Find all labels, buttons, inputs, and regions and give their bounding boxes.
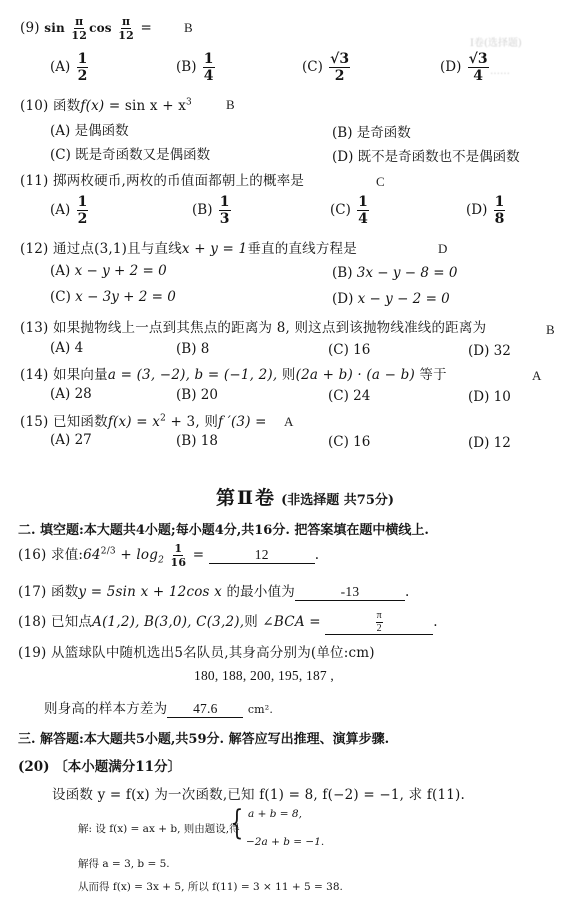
section2-heading: 二. 填空题:本大题共4小题;每小题4分,共16分. 把答案填在题中横线上. [18,519,429,538]
question-20-stem: 设函数 y = f(x) 为一次函数,已知 f(1) = 8, f(−2) = … [52,783,465,803]
part2-subtitle: (非选择题 共75分) [281,493,394,508]
option-b: (B) 18 [176,433,218,449]
option-b: (B) 8 [176,341,209,357]
option-c: (C) 24 [328,388,370,404]
option-a: (A) 4 [50,340,83,356]
solution-line-3: 从而得 f(x) = 3x + 5, 所以 f(11) = 3 × 11 + 5… [78,879,343,894]
marked-answer: A [284,414,293,430]
option-b: (B) 20 [176,387,218,403]
question-20-header: (20) 〔本小题满分11分〕 [18,755,181,775]
question-10: (10) 函数f(x) = sin x + x3 [20,94,192,114]
question-15: (15) 已知函数f(x) = x2 + 3, 则f ′(3) = [20,410,267,430]
option-c: (C) 16 [328,434,370,450]
question-number: (9) [20,20,40,36]
option-c: (C) x − 3y + 2 = 0 [50,289,176,305]
bleedthrough-text: …… [490,66,510,77]
option-d: (D) 18 [466,195,507,226]
marked-answer: D [438,241,447,257]
fraction: 14 [203,52,215,83]
option-d: (D) √34 [440,52,491,83]
part2-header: 第Ⅱ卷 (非选择题 共75分) [216,483,394,510]
question-18: (18) 已知点A(1,2), B(3,0), C(3,2),则 ∠BCA = … [18,610,438,635]
option-a: (A) 12 [50,195,90,226]
question-14: (14) 如果向量a = (3, −2), b = (−1, 2), 则(2a … [20,363,447,383]
equals-sign: = [140,20,152,36]
option-a: (A) 27 [50,432,92,448]
marked-answer: B [226,97,235,113]
fraction: √34 [468,52,489,83]
option-d: (D) 既不是奇函数也不是偶函数 [332,145,520,165]
section3-heading: 三. 解答题:本大题共5小题,共59分. 解答应写出推理、演算步骤. [18,728,389,747]
question-19-answer-line: 则身高的样本方差为47.6 cm². [44,697,273,718]
fraction: 12 [77,52,89,83]
option-d: (D) 12 [468,435,511,451]
option-c: (C) 既是奇函数又是偶函数 [50,143,210,163]
marked-answer: C [376,174,385,190]
option-a: (A) 12 [50,52,90,83]
question-11: (11) 掷两枚硬币,两枚的币值面都朝上的概率是 [20,169,304,189]
question-9: (9) sin π12cos π12 = [20,16,152,41]
sin-text: sin [44,21,65,35]
option-d: (D) 10 [468,389,511,405]
option-b: (B) 13 [192,195,233,226]
question-19: (19) 从篮球队中随机选出5名队员,其身高分别为(单位:cm) [18,641,375,661]
solution-line-2: 解得 a = 3, b = 5. [78,856,170,871]
option-a: (A) x − y + 2 = 0 [50,263,167,279]
fraction: π12 [71,16,87,41]
question-17: (17) 函数y = 5sin x + 12cos x 的最小值为-13. [18,580,409,601]
option-a: (A) 28 [50,386,92,402]
question-13: (13) 如果抛物线上一点到其焦点的距离为 8, 则这点到该抛物线准线的距离为 [20,316,486,336]
marked-answer: B [184,20,193,36]
option-b: (B) 是奇函数 [332,121,411,141]
question-12: (12) 通过点(3,1)且与直线x + y = 1垂直的直线方程是 [20,237,357,257]
option-c: (C) 16 [328,342,370,358]
option-b: (B) 3x − y − 8 = 0 [332,265,457,281]
fraction: π12 [118,16,134,41]
heights-data: 180, 188, 200, 195, 187 , [194,668,334,684]
exam-page: I卷(选择题) …… (9) sin π12cos π12 = B (A) 12… [0,0,570,912]
answer-blank: 47.6 [167,701,243,718]
option-b: (B) 14 [176,52,217,83]
option-c: (C) √32 [302,52,352,83]
fraction: √32 [329,52,350,83]
question-16: (16) 求值:642/3 + log2 116 = 12. [18,543,319,568]
marked-answer: B [546,322,555,338]
option-d: (D) 32 [468,343,511,359]
brace: { [226,806,248,840]
marked-answer: A [532,368,541,384]
solution-line-1: 解: 设 f(x) = ax + b, 则由题设,得 [78,821,240,836]
option-a: (A) 是偶函数 [50,119,129,139]
option-c: (C) 14 [330,195,371,226]
answer-blank: 12 [209,547,315,564]
system-eq-1: a + b = 8, [248,808,302,820]
answer-blank: π2 [325,611,433,635]
system-eq-2: −2a + b = −1. [246,836,324,848]
bleedthrough-text: I卷(选择题) [470,34,522,49]
answer-blank: -13 [295,584,405,601]
part2-title: 第Ⅱ卷 [216,487,276,509]
cos-text: cos [89,21,112,35]
option-d: (D) x − y − 2 = 0 [332,291,450,307]
